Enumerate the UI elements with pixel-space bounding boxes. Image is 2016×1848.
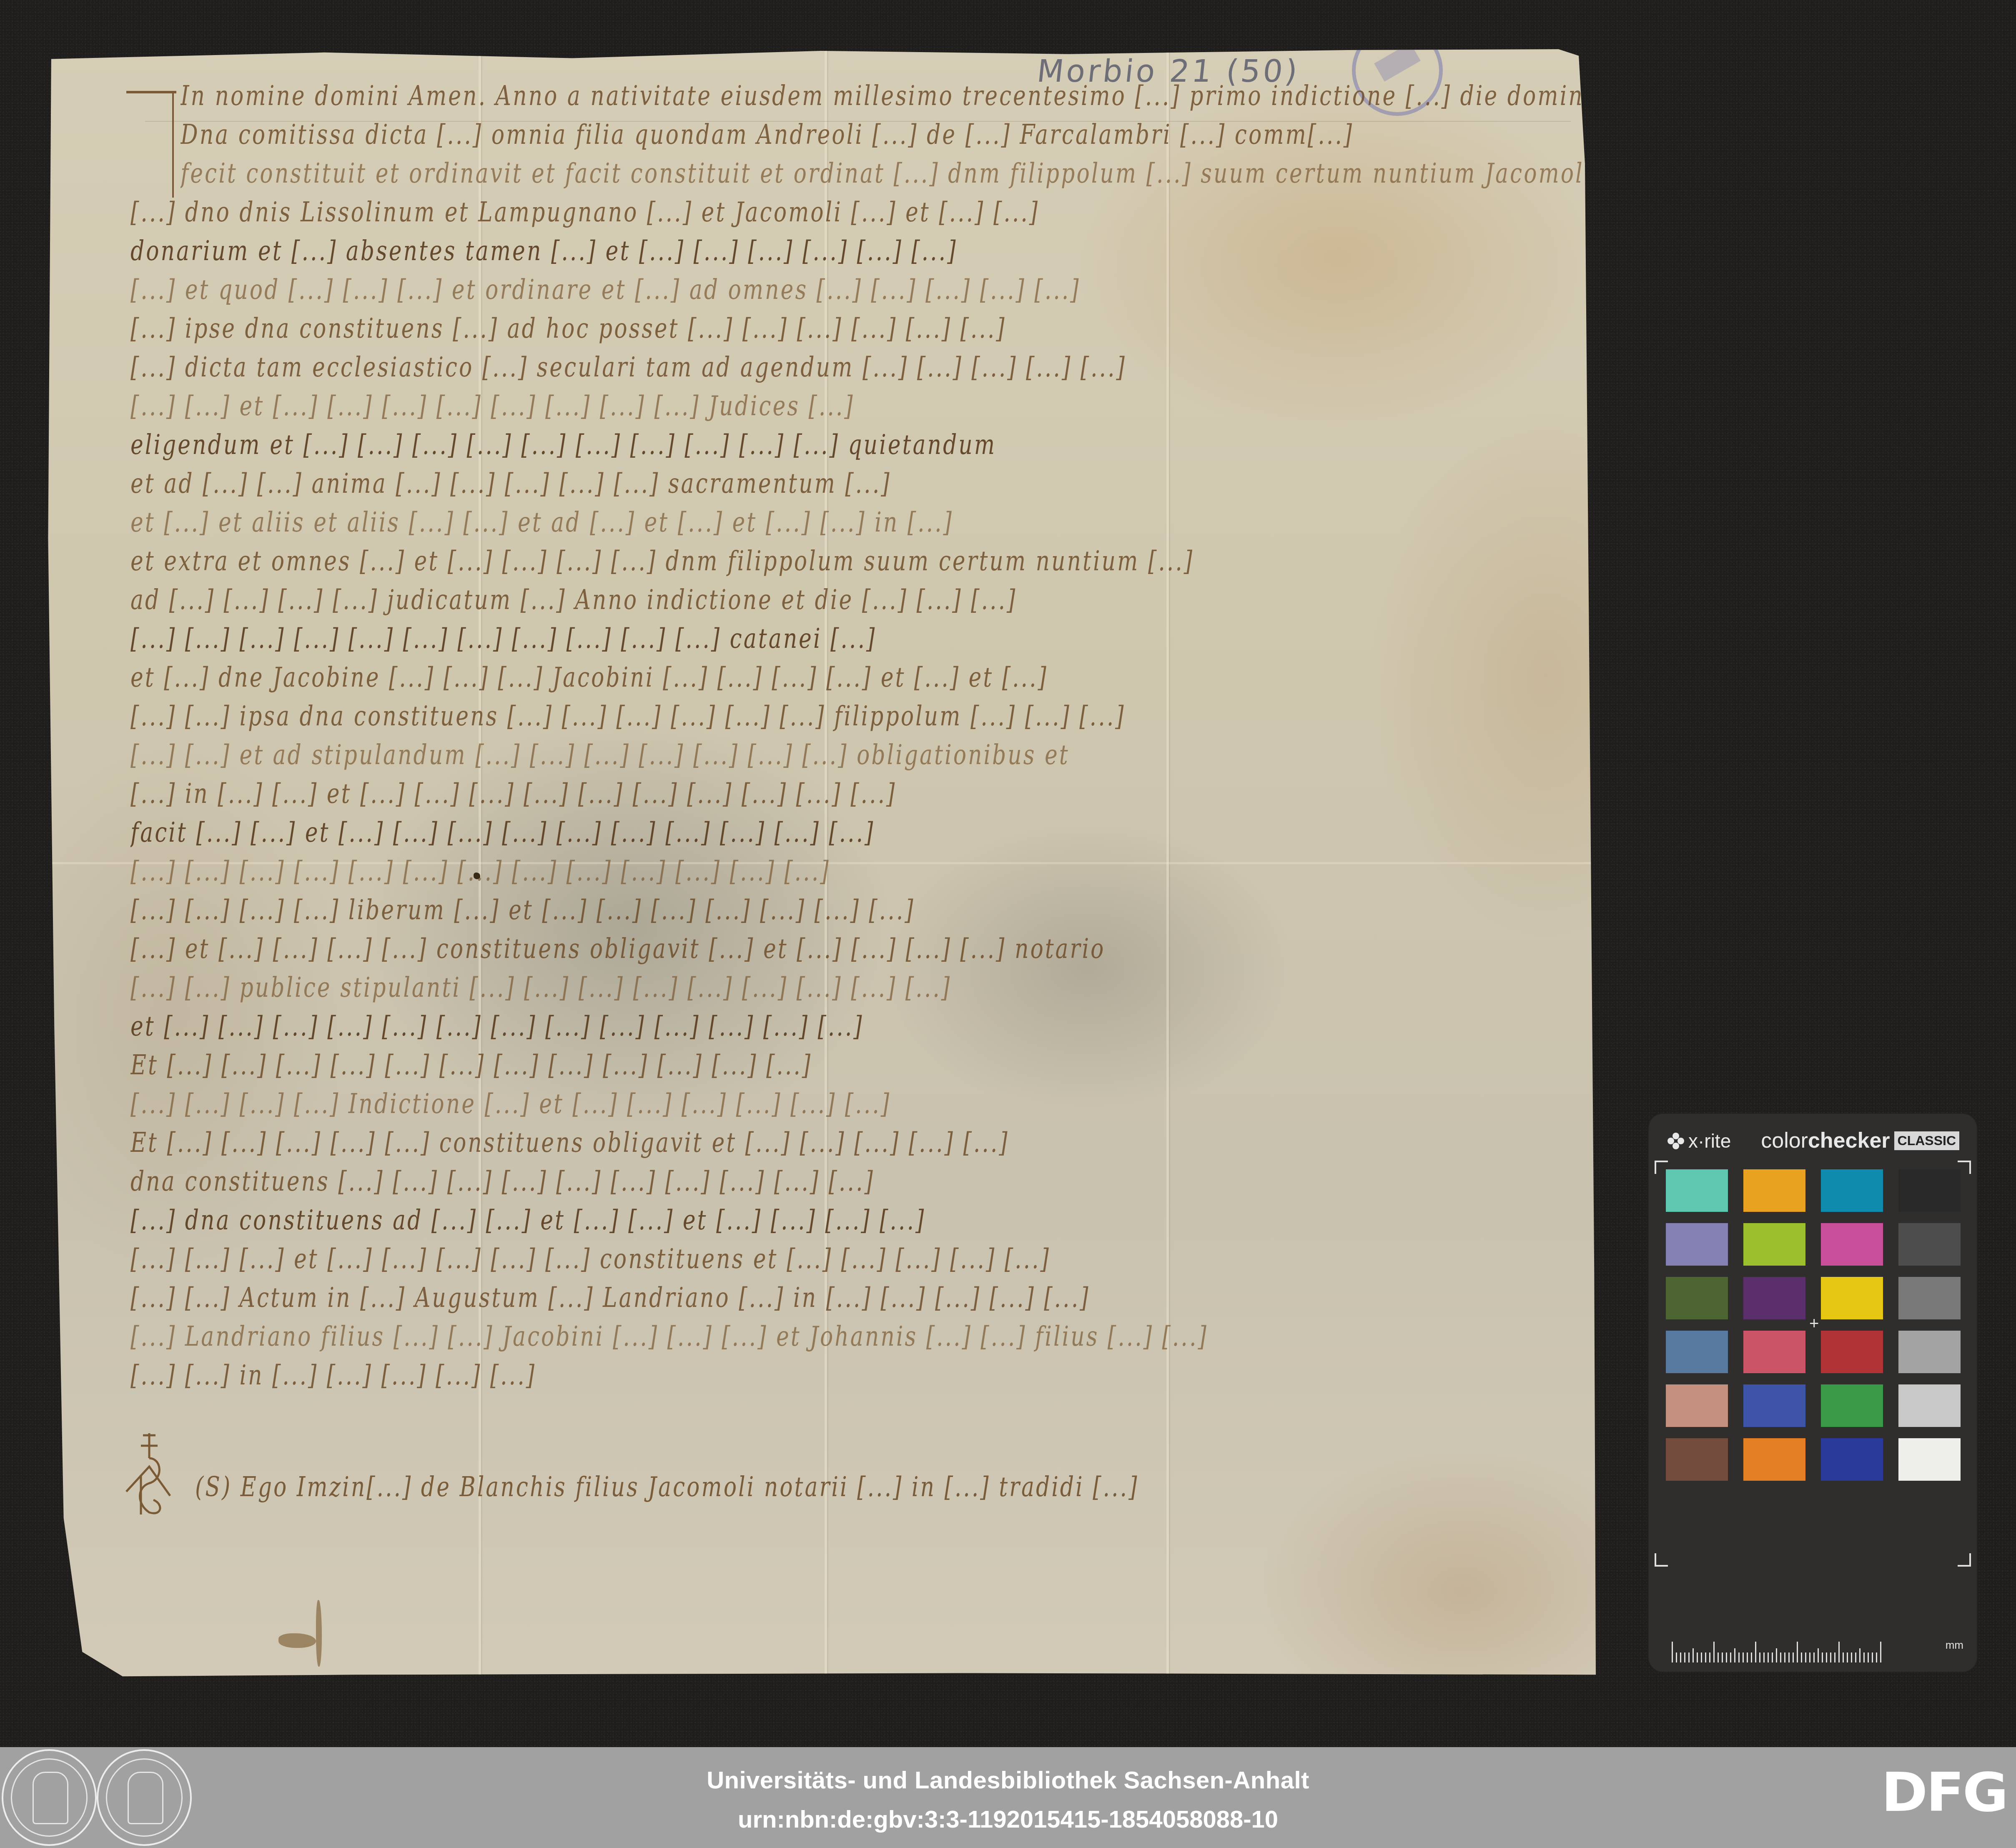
ruler-tick	[1809, 1652, 1810, 1662]
xrite-mark-icon	[1667, 1133, 1684, 1149]
ruler-tick	[1868, 1652, 1869, 1662]
text-line: Dna comitissa dicta [...] omnia filia qu…	[181, 119, 1354, 161]
text-line: [...] [...] et [...] [...] [...] [...] […	[130, 391, 855, 432]
text-line: [...] dicta tam ecclesiastico [...] secu…	[130, 352, 1126, 394]
text-line: [...] dno dnis Lissolinum et Lampugnano …	[130, 197, 1039, 238]
ruler-tick	[1701, 1652, 1702, 1662]
ruler-tick	[1718, 1652, 1719, 1662]
color-patch-blue-sky	[1666, 1331, 1728, 1373]
ruler-tick	[1784, 1652, 1785, 1662]
ruler-tick	[1688, 1652, 1690, 1662]
ruler-tick	[1813, 1652, 1815, 1662]
color-patch-neutral-5	[1898, 1277, 1961, 1319]
color-patch-cyan	[1821, 1169, 1883, 1212]
colorchecker-title: colorchecker CLASSIC	[1761, 1128, 1959, 1153]
text-line: et ad [...] [...] anima [...] [...] [...…	[130, 468, 891, 510]
ruler-tick	[1834, 1652, 1835, 1662]
text-line: [...] [...] [...] et [...] [...] [...] […	[130, 1244, 1051, 1285]
ruler-tick	[1759, 1652, 1760, 1662]
text-line: Et [...] [...] [...] [...] [...] constit…	[130, 1127, 1009, 1169]
decorated-initial	[126, 91, 176, 181]
footer-banner: Universitäts- und Landesbibliothek Sachs…	[0, 1747, 2016, 1848]
ruler-tick	[1713, 1642, 1715, 1662]
ruler-tick	[1755, 1642, 1756, 1662]
stain	[278, 1633, 316, 1648]
color-patch-neutral-3-5	[1898, 1223, 1961, 1266]
institution-name: Universitäts- und Landesbibliothek Sachs…	[0, 1766, 2016, 1794]
ruler-tick	[1751, 1652, 1752, 1662]
color-patch-orange	[1743, 1438, 1805, 1481]
ruler-tick	[1747, 1652, 1748, 1662]
color-patch-white	[1898, 1438, 1961, 1481]
color-patch-blue-flower	[1666, 1223, 1728, 1266]
color-patch-black	[1898, 1169, 1961, 1212]
ruler-tick	[1697, 1652, 1698, 1662]
ruler-unit-label: mm	[1946, 1639, 1963, 1652]
ruler-tick	[1797, 1642, 1798, 1662]
ruler-tick	[1734, 1648, 1735, 1662]
ruler-tick	[1730, 1652, 1731, 1662]
ruler-tick	[1763, 1652, 1765, 1662]
crosshair-icon: +	[1809, 1315, 1819, 1332]
ruler-tick	[1793, 1652, 1794, 1662]
dfg-logo: DFG	[1881, 1772, 2007, 1814]
text-line: [...] [...] [...] [...] [...] [...] [...…	[130, 856, 830, 898]
ruler-tick	[1738, 1652, 1740, 1662]
text-line: et [...] [...] [...] [...] [...] [...] […	[130, 1011, 864, 1053]
ruler-tick	[1859, 1648, 1861, 1662]
mm-ruler	[1672, 1637, 1930, 1662]
ruler-tick	[1851, 1652, 1852, 1662]
color-patch-neutral-8	[1898, 1384, 1961, 1427]
ruler-tick	[1838, 1642, 1840, 1662]
text-line: et [...] dne Jacobine [...] [...] [...] …	[130, 662, 1048, 704]
color-patch-green	[1821, 1384, 1883, 1427]
color-patch-blue	[1743, 1384, 1805, 1427]
text-line: [...] in [...] [...] et [...] [...] [...…	[130, 778, 896, 820]
ruler-tick	[1822, 1652, 1823, 1662]
color-checker-card: x·rite colorchecker CLASSIC + mm	[1649, 1114, 1977, 1672]
text-line: Et [...] [...] [...] [...] [...] [...] […	[130, 1050, 812, 1091]
ruler-tick	[1801, 1652, 1802, 1662]
ruler-tick	[1830, 1652, 1831, 1662]
registration-mark	[1655, 1553, 1668, 1567]
color-patch-dark-skin	[1666, 1438, 1728, 1481]
ruler-tick	[1780, 1652, 1781, 1662]
text-line: [...] [...] in [...] [...] [...] [...] […	[130, 1360, 797, 1402]
ruler-tick	[1818, 1648, 1819, 1662]
ruler-tick	[1722, 1652, 1723, 1662]
text-line: eligendum et [...] [...] [...] [...] [..…	[130, 429, 996, 471]
registration-mark	[1958, 1553, 1971, 1567]
ruler-tick	[1726, 1652, 1727, 1662]
color-patch-moderate-red	[1743, 1331, 1805, 1373]
text-line: ad [...] [...] [...] [...] judicatum [..…	[130, 584, 1017, 626]
xrite-brand-text: x·rite	[1688, 1130, 1731, 1152]
text-line: [...] [...] [...] [...] liberum [...] et…	[130, 895, 915, 936]
ruler-tick	[1826, 1652, 1827, 1662]
ruler-tick	[1880, 1642, 1881, 1662]
color-patch-blue-primary	[1821, 1438, 1883, 1481]
notary-signum-icon	[124, 1433, 178, 1517]
color-patch-magenta	[1821, 1223, 1883, 1266]
ruler-tick	[1743, 1652, 1744, 1662]
urn-identifier[interactable]: urn:nbn:de:gbv:3:3-1192015415-1854058088…	[0, 1805, 2016, 1833]
text-line: [...] [...] et ad stipulandum [...] [...…	[130, 740, 1070, 781]
text-line: [...] [...] [...] [...] [...] [...] [...…	[130, 623, 876, 665]
text-line: fecit constituit et ordinavit et facit c…	[181, 158, 1837, 200]
color-patch-yellow-green	[1743, 1223, 1805, 1266]
color-patch-yellow	[1821, 1277, 1883, 1319]
ruler-tick	[1876, 1652, 1877, 1662]
classic-badge: CLASSIC	[1894, 1131, 1959, 1150]
text-line: [...] [...] publice stipulanti [...] [..…	[130, 972, 951, 1014]
color-patch-foliage	[1666, 1277, 1728, 1319]
text-line: [...] et quod [...] [...] [...] et ordin…	[130, 274, 1081, 316]
ruler-tick	[1693, 1648, 1694, 1662]
color-patch-orange-yellow	[1743, 1169, 1805, 1212]
text-line: [...] dna constituens ad [...] [...] et …	[130, 1205, 925, 1246]
text-line: dna constituens [...] [...] [...] [...] …	[130, 1166, 875, 1208]
ruler-tick	[1672, 1642, 1673, 1662]
ruler-tick	[1768, 1652, 1769, 1662]
text-line: [...] Landriano filius [...] [...] Jacob…	[130, 1321, 1208, 1363]
color-patch-light-skin	[1666, 1384, 1728, 1427]
fold-line	[1166, 49, 1169, 1681]
ruler-tick	[1788, 1652, 1790, 1662]
ruler-tick	[1863, 1652, 1865, 1662]
color-patch-red	[1821, 1331, 1883, 1373]
text-line: facit [...] [...] et [...] [...] [...] […	[130, 817, 875, 859]
ruler-tick	[1676, 1652, 1677, 1662]
stain	[316, 1600, 322, 1667]
ruler-tick	[1684, 1652, 1685, 1662]
text-line: [...] [...] [...] [...] Indictione [...]…	[130, 1088, 891, 1130]
notary-subscription: (S) Ego Imzin[...] de Blanchis filius Ja…	[195, 1472, 1138, 1503]
ruler-tick	[1772, 1652, 1773, 1662]
ruler-tick	[1680, 1652, 1681, 1662]
ruler-tick	[1705, 1652, 1706, 1662]
text-line: [...] ipse dna constituens [...] ad hoc …	[130, 313, 1006, 355]
text-line: In nomine domini Amen. Anno a nativitate…	[181, 80, 1676, 122]
text-line: [...] [...] Actum in [...] Augustum [...…	[130, 1282, 1090, 1324]
color-patch-purple	[1743, 1277, 1805, 1319]
text-line: et extra et omnes [...] et [...] [...] […	[130, 546, 1194, 587]
text-line: [...] [...] ipsa dna constituens [...] […	[130, 701, 1126, 742]
text-line: [...] et [...] [...] [...] [...] constit…	[130, 933, 1105, 975]
text-line: et [...] et aliis et aliis [...] [...] e…	[130, 507, 953, 549]
ruler-tick	[1855, 1652, 1856, 1662]
stain	[474, 873, 480, 879]
ruler-tick	[1843, 1652, 1844, 1662]
color-patch-bluish-green	[1666, 1169, 1728, 1212]
ruler-tick	[1847, 1652, 1848, 1662]
parchment-charter: Morbio 21 (50) In nomine domini Amen. An…	[45, 49, 1596, 1681]
ruler-tick	[1776, 1648, 1777, 1662]
xrite-logo: x·rite	[1667, 1130, 1731, 1152]
color-patch-neutral-6-5	[1898, 1331, 1961, 1373]
text-line: donarium et [...] absentes tamen [...] e…	[130, 236, 957, 277]
ruler-tick	[1709, 1652, 1710, 1662]
ruler-tick	[1805, 1652, 1806, 1662]
ruler-tick	[1872, 1652, 1873, 1662]
